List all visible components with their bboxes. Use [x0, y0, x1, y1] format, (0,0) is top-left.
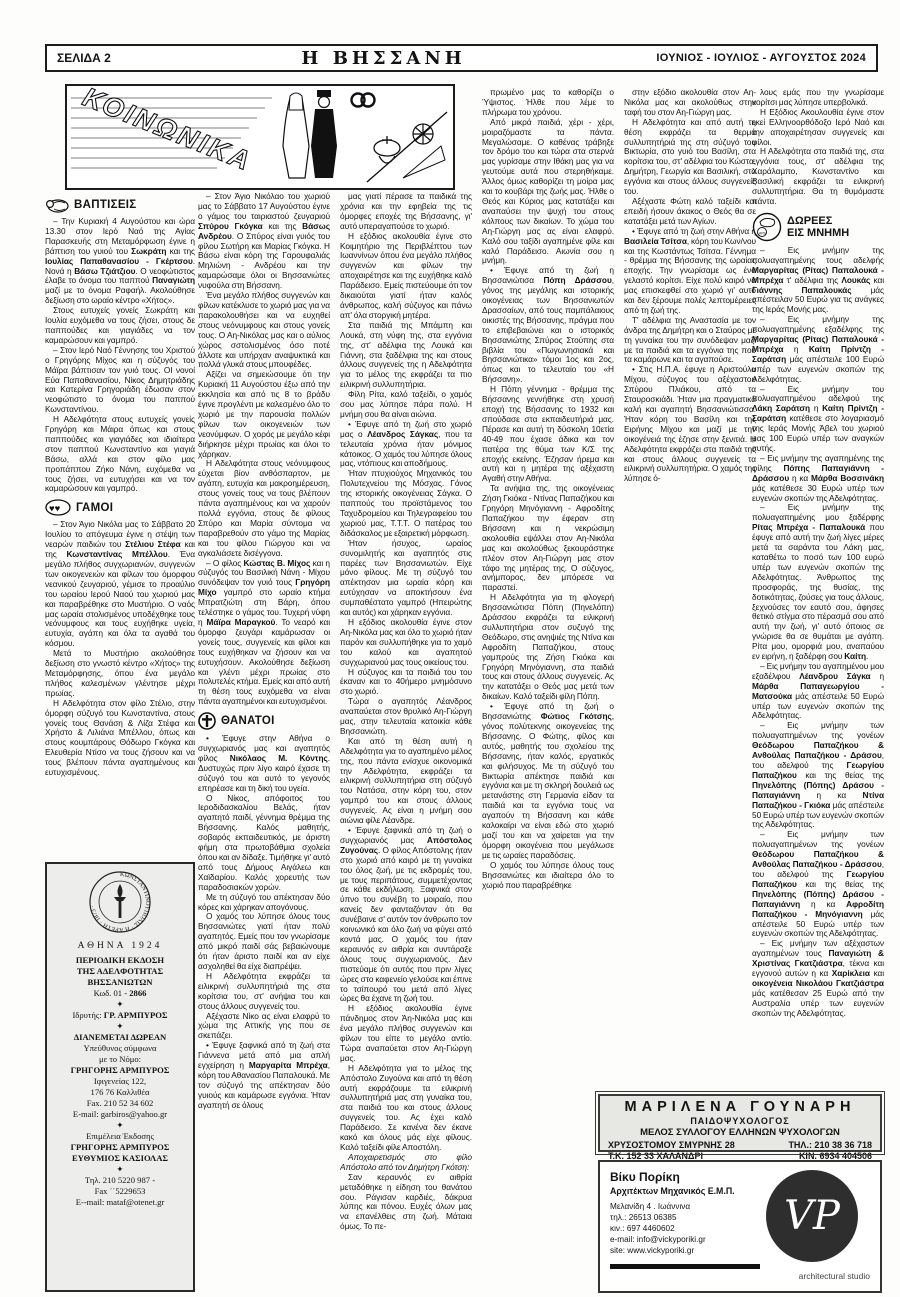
article-paragraph: Η εξόδιος ακολουθία έγινε στο Κοιμητήριο… [340, 232, 472, 321]
issue-date: ΙΟΥΝΙΟΣ - ΙΟΥΛΙΟΣ - ΑΥΓΟΥΣΤΟΣ 2024 [656, 52, 866, 64]
cart-wheel-icon [413, 124, 433, 144]
article-paragraph: Ο Νίκος, απόφοιτος του Ιεροδιδασκαλίου Β… [198, 794, 330, 893]
publisher-line: Κωδ. 01 - 2866 [51, 988, 189, 999]
obituaries-col6: λους εμάς που την γνωρίσαμε κορίτσι μας … [752, 88, 884, 207]
publisher-line: ✦ [51, 1120, 189, 1131]
article-paragraph: Μετά το Μυστήριο ακολούθησε δεξίωση στο … [45, 649, 195, 699]
kosmika-illustration: ΚΟΙΝΩΝΙΚΑ [67, 86, 449, 184]
double-hearts-icon: ♥♥ [45, 499, 71, 516]
article-paragraph: πρωμένο μας το καθορίζει ο Ύψιστος. Ήλθε… [482, 88, 614, 118]
article-paragraph: Αποχαιρετισμός στο φίλο Απόστολο από τον… [340, 1153, 472, 1173]
article-paragraph: Η Αδελφότητα στον φίλο Στέλιο, στην όμορ… [45, 699, 195, 778]
ad-psychologist: ΜΑΡΙΛΕΝΑ ΓΟΥΝΑΡΗ ΠΑΙΔΟΨΥΧΟΛΟΓΟΣ ΜΕΛΟΣ ΣΥ… [598, 1094, 882, 1152]
baptisms-articles: – Την Κυριακή 4 Αυγούστου και ώρα 13.30 … [45, 217, 195, 494]
obituaries-col4: πρωμένο μας το καθορίζει ο Ύψιστος. Ήλθε… [482, 88, 614, 890]
publisher-line: με το Νόμο: [51, 1054, 189, 1065]
baby-icon [45, 197, 69, 213]
article-paragraph: Αξέχαστε Νίκο ας είναι ελαφρύ το χώμα τη… [198, 1012, 330, 1042]
article-paragraph: Η σύζυγος και τα παιδιά του του έκαναν κ… [340, 668, 472, 698]
article-paragraph: Τα ανήψια της, της οικογένειας Ζήση Γκιό… [482, 484, 614, 593]
publisher-line: Ιδρυτής: ΓΡ. ΑΡΜΠΥΡΟΣ [51, 1010, 189, 1021]
article-paragraph: Τώρα ο αγαπητός Λέανδρος αναπαύεται στον… [340, 697, 472, 737]
page-number-label: ΣΕΛΙΔΑ 2 [57, 51, 111, 65]
obituaries-col5: στην εξόδιο ακολουθία στον Αη-Νικόλα μας… [624, 88, 756, 484]
svg-text:♥♥: ♥♥ [49, 504, 61, 515]
article-paragraph: – Στον Άγιο Νικόλαο του χωριού μας το Σά… [198, 192, 330, 291]
article-paragraph: Η εξόδιος ακολουθία έγινε στον Αη-Νικόλα… [340, 618, 472, 668]
article-paragraph: • Έφυγε από τη ζωή ο Βησσανιώτης Φώτιος … [482, 702, 614, 861]
donation-paragraph: – Εις μνήμην της πολυαγαπημένης μου ξαδέ… [752, 503, 884, 662]
publisher-lines: ΠΕΡΙΟΔΙΚΗ ΕΚΔΟΣΗΤΗΣ ΑΔΕΛΦΟΤΗΤΑΣΒΗΣΣΑΝΙΩΤ… [51, 955, 189, 1208]
wedding-rings-icon [352, 94, 375, 107]
article-paragraph: Ο χαμός του λύπησε όλους τους Βησσανιώτε… [198, 912, 330, 971]
publisher-line: Ιφιγενείας 122, [51, 1076, 189, 1087]
article-paragraph: Ο χαμός του λύπησε όλους τους Βησσανιώτε… [482, 861, 614, 891]
ad-architect-role: Αρχιτέκτων Μηχανικός Ε.Μ.Π. [610, 1186, 760, 1196]
column-2: – Στον Άγιο Νικόλαο του χωριού μας το Σά… [198, 192, 330, 1292]
baptisms-section-title: ΒΑΠΤΙΣΕΙΣ [74, 199, 137, 211]
ad-psychologist-phones: ΤΗΛ.: 210 38 36 718 ΚΙΝ. 6934 404506 [788, 1140, 872, 1162]
publisher-line: ΠΕΡΙΟΔΙΚΗ ΕΚΔΟΣΗ [51, 955, 189, 966]
groom-illustration [311, 90, 337, 178]
vp-logo: VP architectural studio [766, 1170, 870, 1283]
ad-architect: Βίκυ Πορίκη Αρχιτέκτων Μηχανικός Ε.Μ.Π. … [598, 1160, 882, 1293]
article-paragraph: • Έφυγε από τη ζωή στο χωριό μας ο Λέανδ… [340, 420, 472, 470]
article-paragraph: λους εμάς που την γνωρίσαμε κορίτσι μας … [752, 88, 884, 108]
publisher-line: ✦ [51, 1164, 189, 1175]
ad-architect-mobile: κιν.: 697 4460602 [610, 1223, 760, 1234]
ad-psychologist-membership: ΜΕΛΟΣ ΣΥΛΛΟΓΟΥ ΕΛΛΗΝΩΝ ΨΥΧΟΛΟΓΩΝ [600, 1127, 880, 1138]
article-paragraph: • Έφυγε στην Αθήνα ο συγχωριανός μας και… [198, 734, 330, 793]
article-paragraph: Στους ευτυχείς γονείς Σωκράτη και Ιουλία… [45, 306, 195, 346]
ad-architect-divider [610, 1264, 760, 1269]
fraternity-seal: ΚΩΝΣΤΑΝΤΙΝΟΥΠΟΛΙΣ · Η ΑΡΕΤΗ · 1873 · [88, 870, 152, 934]
donation-paragraph: – Εις μνήμην του πολυαγαπημένου αδελφού … [752, 385, 884, 454]
publisher-line: ΒΗΣΣΑΝΙΩΤΩΝ [51, 977, 189, 988]
article-paragraph: – Στον Άγιο Νικόλα μας το Σάββατο 20 Ιου… [45, 520, 195, 649]
donation-paragraph: – Εις μνήμην των πολυαγαπημένων της γονέ… [752, 721, 884, 830]
baptism-font-icon [374, 136, 400, 163]
publisher-line: ✦ [51, 1021, 189, 1032]
column-4: πρωμένο μας το καθορίζει ο Ύψιστος. Ήλθε… [482, 88, 614, 1292]
bride-illustration [283, 93, 309, 178]
donations-section-title: ΔΩΡΕΕΣ ΕΙΣ ΜΝΗΜΗ [787, 215, 849, 239]
svg-text:ΑΡΕ: ΑΡΕ [759, 231, 767, 235]
publisher-line: ΔΙΑΝΕΜΕΤΑΙ ΔΩΡΕΑΝ [51, 1032, 189, 1043]
article-paragraph: Ήταν ήσυχος, ωραίος συνομιλητής και αγαπ… [340, 539, 472, 618]
publisher-line: 176 76 Καλλιθέα [51, 1087, 189, 1098]
publisher-line: ΓΡΗΓΟΡΗΣ ΑΡΜΠΥΡΟΣ [51, 1142, 189, 1153]
obituaries-col3: μας γιατί πέρασε τα παιδικά της χρόνια κ… [340, 192, 472, 1232]
weddings-articles-col1: – Στον Άγιο Νικόλα μας το Σάββατο 20 Ιου… [45, 520, 195, 778]
ad-architect-email: e-mail: info@vickyporiki.gr [610, 1234, 760, 1245]
article-paragraph: – Την Κυριακή 4 Αυγούστου και ώρα 13.30 … [45, 217, 195, 306]
weddings-section-header: ♥♥ ΓΑΜΟΙ [45, 499, 195, 516]
article-paragraph: Η Αδελφότητα στα παιδιά της, στα εγγόνια… [752, 147, 884, 206]
article-paragraph: Η Αδελφότητα και από αυτή τη θέση εκφράζ… [624, 118, 756, 197]
article-paragraph: • Έφυγε ξαφνικά από τη ζωή στα Γιάννενα … [198, 1041, 330, 1110]
donation-entries: – Εις μνήμην της πολυαγαπημένης τους αδε… [752, 246, 884, 1019]
publisher-line: Fax. 210 52 34 602 [51, 1098, 189, 1109]
article-paragraph: Η Πόπη γέννημα - θρέμμα της Βήσσανης γεν… [482, 385, 614, 484]
baptisms-section-header: ΒΑΠΤΙΣΕΙΣ [45, 197, 195, 213]
column-1: ΒΑΠΤΙΣΕΙΣ – Την Κυριακή 4 Αυγούστου και … [45, 192, 195, 856]
column-6: λους εμάς που την γνωρίσαμε κορίτσι μας … [752, 88, 884, 1085]
article-paragraph: Η εξόδιος ακολουθία έγινε πάνδημος στον … [340, 1004, 472, 1063]
donation-paragraph: – Εις μνήμην των πολυαγαπημένων της γονέ… [752, 830, 884, 939]
publisher-line: Fax ΄΄5229653 [51, 1186, 189, 1197]
article-paragraph: Η Αδελφότητα στους ευτυχείς γονείς Γρηγό… [45, 415, 195, 494]
article-paragraph: – Στον Ιερό Ναό Γέννησης του Χριστού ο Γ… [45, 346, 195, 415]
ad-psychologist-name: ΜΑΡΙΛΕΝΑ ΓΟΥΝΑΡΗ [600, 1099, 880, 1115]
publisher-line: Υπεύθυνος σύμφωνα [51, 1043, 189, 1054]
deaths-section-header: ΘΑΝΑΤΟΙ [198, 712, 330, 730]
publisher-line: Επιμέλεια Έκδοσης [51, 1131, 189, 1142]
donation-paragraph: – Εις μνήμην της αγαπημένης της φίλης Πό… [752, 454, 884, 504]
article-paragraph: στην εξόδιο ακολουθία στον Αη-Νικόλα μας… [624, 88, 756, 118]
article-paragraph: Με τη σύζυγό του απέκτησαν δύο κόρες και… [198, 893, 330, 913]
article-paragraph: Ένα μεγάλο πλήθος συγγενών και φίλων κατ… [198, 291, 330, 370]
kosmika-title: ΚΟΙΝΩΝΙΚΑ [79, 86, 257, 177]
article-paragraph: Η Αδελφότητα για τη φλογερή Βησσανιώτισα… [482, 593, 614, 702]
vp-logo-caption: architectural studio [799, 1271, 870, 1281]
ad-psychologist-role: ΠΑΙΔΟΨΥΧΟΛΟΓΟΣ [600, 1116, 880, 1126]
weddings-section-title: ΓΑΜΟΙ [76, 502, 113, 514]
athens-year: ΑΘΗΝΑ 1924 [51, 941, 189, 951]
publisher-line: E-mail: garbiros@yahoo.gr [51, 1109, 189, 1120]
article-paragraph: μας γιατί πέρασε τα παιδικά της χρόνια κ… [340, 192, 472, 232]
article-paragraph: Αξέχαστε Φώτη καλό ταξείδι και επειδή ήσ… [624, 197, 756, 227]
article-paragraph: Σαν κεραυνός εν αιθρία μεταδόθηκε η είδη… [340, 1173, 472, 1232]
article-paragraph: – Ο φίλος Κώστας Β. Μίχος και η σύζυγός … [198, 559, 330, 708]
donation-paragraph: – Εις μνήμην του αγαπημένου μου εξαδέλφο… [752, 662, 884, 721]
ad-architect-address: Μελανίδη 4 . Ιωάννινα [610, 1201, 760, 1212]
publisher-line: E--mail: mataf@otenet.gr [51, 1197, 189, 1208]
ad-psychologist-address: ΧΡΥΣΟΣΤΟΜΟΥ ΣΜΥΡΝΗΣ 28 Τ.Κ. 152 33 ΧΑΛΑΝ… [608, 1140, 735, 1162]
article-paragraph: Η Αδελφότητα για το μέλος της Απόστολο Ζ… [340, 1064, 472, 1153]
cross-icon [198, 712, 216, 730]
article-paragraph: Στα παιδιά της Μπάμπη και Λουκά, στη νύφ… [340, 321, 472, 390]
article-paragraph: Ήταν πτυχιούχος Μηχανικός του Πολυτεχνεί… [340, 469, 472, 538]
article-paragraph: Αξίζει να σημειώσουμε ότι την Κυριακή 11… [198, 370, 330, 459]
article-paragraph: Και από τη θέση αυτή η Αδελφότητα για το… [340, 737, 472, 826]
ad-architect-name: Βίκυ Πορίκη [610, 1170, 760, 1184]
article-paragraph: Η Αδελφότητα εκφράζει τα ειλικρινή συλλυ… [198, 972, 330, 1012]
article-paragraph: • Έφυγε από τη ζωή στην Αθήνα η Βασιλεία… [624, 227, 756, 316]
newspaper-page: ΣΕΛΙΔΑ 2 Η ΒΗΣΣΑΝΗ ΙΟΥΝΙΟΣ - ΙΟΥΛΙΟΣ - Α… [0, 0, 900, 1297]
donation-paragraph: – Εις μνήμην της πολυαγαπημένης τους αδε… [752, 246, 884, 315]
publisher-info-box: ΚΩΝΣΤΑΝΤΙΝΟΥΠΟΛΙΣ · Η ΑΡΕΤΗ · 1873 · ΑΘΗ… [45, 862, 195, 1292]
vp-monogram-icon: VP [766, 1170, 858, 1262]
ad-architect-site: site: www.vickyporiki.gr [610, 1245, 760, 1256]
fraternity-emblem-icon: ΑΡΕ [752, 212, 782, 242]
column-3: μας γιατί πέρασε τα παιδικά της χρόνια κ… [340, 192, 472, 1292]
publisher-line: Τηλ. 210 5220 987 - [51, 1175, 189, 1186]
article-paragraph: Η Εξόδιος Ακουλουθία έγινε στον εκεί Ελλ… [752, 108, 884, 148]
publisher-line: ✦ [51, 999, 189, 1010]
article-paragraph: Τ' αδέλφια της Αναστασία με τον άνδρα τη… [624, 316, 756, 366]
newspaper-title: Η ΒΗΣΣΑΝΗ [301, 48, 465, 69]
publisher-line: ΕΥΘΥΜΙΟΣ ΚΑΣΙΟΛΑΣ [51, 1153, 189, 1164]
publisher-line: ΓΡΗΓΟΡΗΣ ΑΡΜΠΥΡΟΣ [51, 1065, 189, 1076]
donation-paragraph: – Εις μνήμην της πολυαγαπημένης εξαδέλφη… [752, 315, 884, 384]
masthead: ΣΕΛΙΔΑ 2 Η ΒΗΣΣΑΝΗ ΙΟΥΝΙΟΣ - ΙΟΥΛΙΟΣ - Α… [45, 44, 878, 72]
kosmika-illustration-box: ΚΟΙΝΩΝΙΚΑ [65, 84, 455, 190]
article-paragraph: • Έφυγε ξαφνικά από τη ζωή ο συγχωριανός… [340, 826, 472, 1004]
article-paragraph: • Έφυγε από τη ζωή η Βησσανιώτισα Πόπη Δ… [482, 266, 614, 385]
deaths-section-title: ΘΑΝΑΤΟΙ [221, 715, 275, 727]
article-paragraph: Φίλη Ρίτα, καλό ταξείδι, ο χαμός σου μας… [340, 390, 472, 420]
publisher-line: ΤΗΣ ΑΔΕΛΦΟΤΗΤΑΣ [51, 966, 189, 977]
article-paragraph: • Στις Η.Π.Α. έφυγε η Αριστούλα Μίχου, σ… [624, 365, 756, 484]
donation-paragraph: – Εις μνήμην των αξέχαστων αγαπημένων το… [752, 939, 884, 1018]
donations-section-header: ΑΡΕ ΔΩΡΕΕΣ ΕΙΣ ΜΝΗΜΗ [752, 212, 884, 242]
article-paragraph: Από μικρά παιδιά, χέρι - χέρι, μοιραζόμα… [482, 118, 614, 267]
weddings-articles-col2: – Στον Άγιο Νικόλαο του χωριού μας το Σά… [198, 192, 330, 707]
column-5: στην εξόδιο ακολουθία στον Αη-Νικόλα μας… [624, 88, 756, 1085]
torch-icon [114, 884, 126, 918]
ad-architect-tel: τηλ.: 26513 06385 [610, 1212, 760, 1223]
obituaries-col2: • Έφυγε στην Αθήνα ο συγχωριανός μας και… [198, 734, 330, 1110]
article-paragraph: Η Αδελφότητα στους νεόνυμφους εύχεται βί… [198, 459, 330, 558]
